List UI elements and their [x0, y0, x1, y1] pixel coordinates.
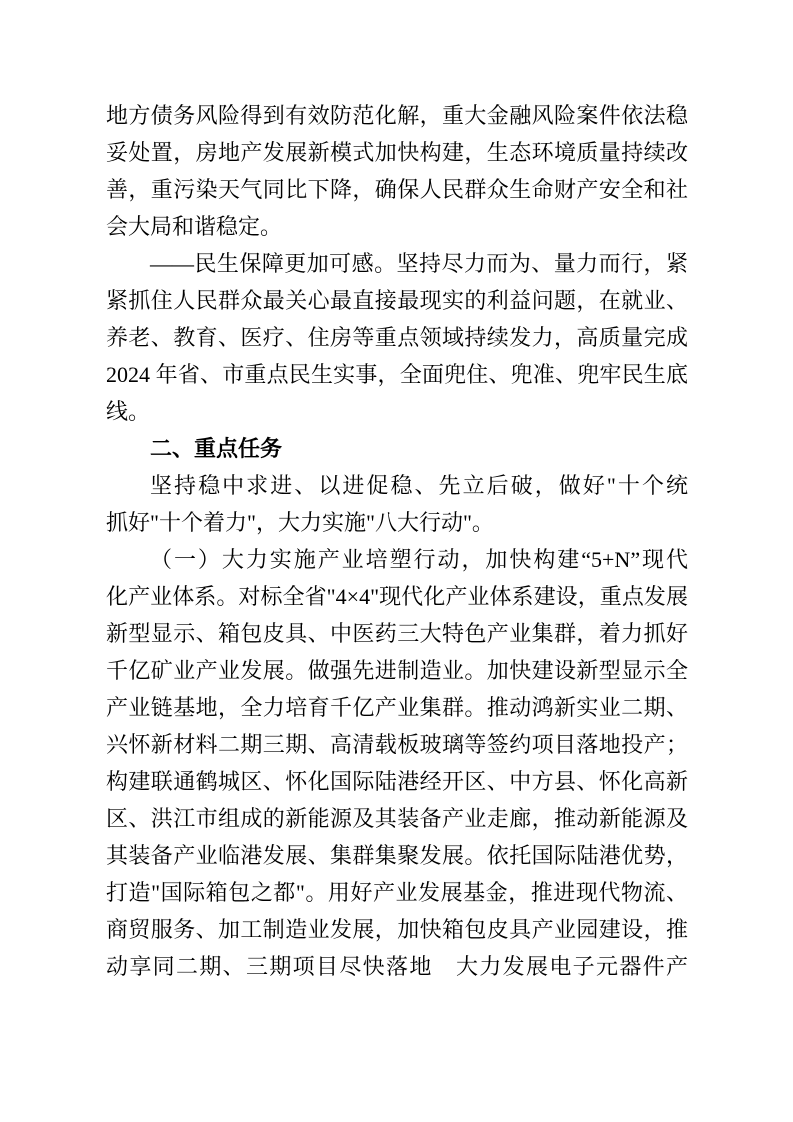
- text-line: 紧抓住人民群众最关心最直接最现实的利益问题，在就业、: [106, 282, 688, 319]
- text-line: 线。: [106, 393, 688, 430]
- text-line: 会大局和谐稳定。: [106, 208, 688, 245]
- text-line: 新型显示、箱包皮具、中医药三大特色产业集群，着力抓好: [106, 615, 688, 652]
- text-line: 二、重点任务: [106, 430, 688, 467]
- text-line: 化产业体系。对标全省"4×4"现代化产业体系建设，重点发展: [106, 578, 688, 615]
- paragraph: 地方债务风险得到有效防范化解，重大金融风险案件依法稳妥处置，房地产发展新模式加快…: [106, 97, 688, 245]
- section-heading: 二、重点任务: [106, 430, 688, 467]
- text-line: 千亿矿业产业发展。做强先进制造业。加快建设新型显示全: [106, 652, 688, 689]
- text-line: 妥处置，房地产发展新模式加快构建，生态环境质量持续改: [106, 134, 688, 171]
- text-line: ——民生保障更加可感。坚持尽力而为、量力而行，紧: [106, 245, 688, 282]
- text-line: 善，重污染天气同比下降，确保人民群众生命财产安全和社: [106, 171, 688, 208]
- text-line: 兴怀新材料二期三期、高清载板玻璃等签约项目落地投产；: [106, 726, 688, 763]
- paragraph: 坚持稳中求进、以进促稳、先立后破，做好"十个统筹"，抓好"十个着力"，大力实施"…: [106, 467, 688, 541]
- text-line: 动享同二期、三期项目尽快落地 大力发展电子元器件产业，: [106, 948, 688, 985]
- text-line: 地方债务风险得到有效防范化解，重大金融风险案件依法稳: [106, 97, 688, 134]
- paragraph: （一）大力实施产业培塑行动，加快构建“5+N”现代化产业体系。对标全省"4×4"…: [106, 541, 688, 985]
- text-line: 坚持稳中求进、以进促稳、先立后破，做好"十个统筹"，: [106, 467, 688, 504]
- text-line: 构建联通鹤城区、怀化国际陆港经开区、中方县、怀化高新: [106, 763, 688, 800]
- text-line: 其装备产业临港发展、集群集聚发展。依托国际陆港优势，: [106, 837, 688, 874]
- document-page: 地方债务风险得到有效防范化解，重大金融风险案件依法稳妥处置，房地产发展新模式加快…: [0, 0, 793, 1122]
- text-line: 打造"国际箱包之都"。用好产业发展基金，推进现代物流、: [106, 874, 688, 911]
- text-line: 商贸服务、加工制造业发展，加快箱包皮具产业园建设，推: [106, 911, 688, 948]
- text-line: 2024 年省、市重点民生实事，全面兜住、兜准、兜牢民生底: [106, 356, 688, 393]
- text-line: 养老、教育、医疗、住房等重点领域持续发力，高质量完成: [106, 319, 688, 356]
- text-line: （一）大力实施产业培塑行动，加快构建“5+N”现代: [106, 541, 688, 578]
- text-line: 区、洪江市组成的新能源及其装备产业走廊，推动新能源及: [106, 800, 688, 837]
- text-line: 产业链基地，全力培育千亿产业集群。推动鸿新实业二期、: [106, 689, 688, 726]
- paragraph: ——民生保障更加可感。坚持尽力而为、量力而行，紧紧抓住人民群众最关心最直接最现实…: [106, 245, 688, 430]
- text-line: 抓好"十个着力"，大力实施"八大行动"。: [106, 504, 688, 541]
